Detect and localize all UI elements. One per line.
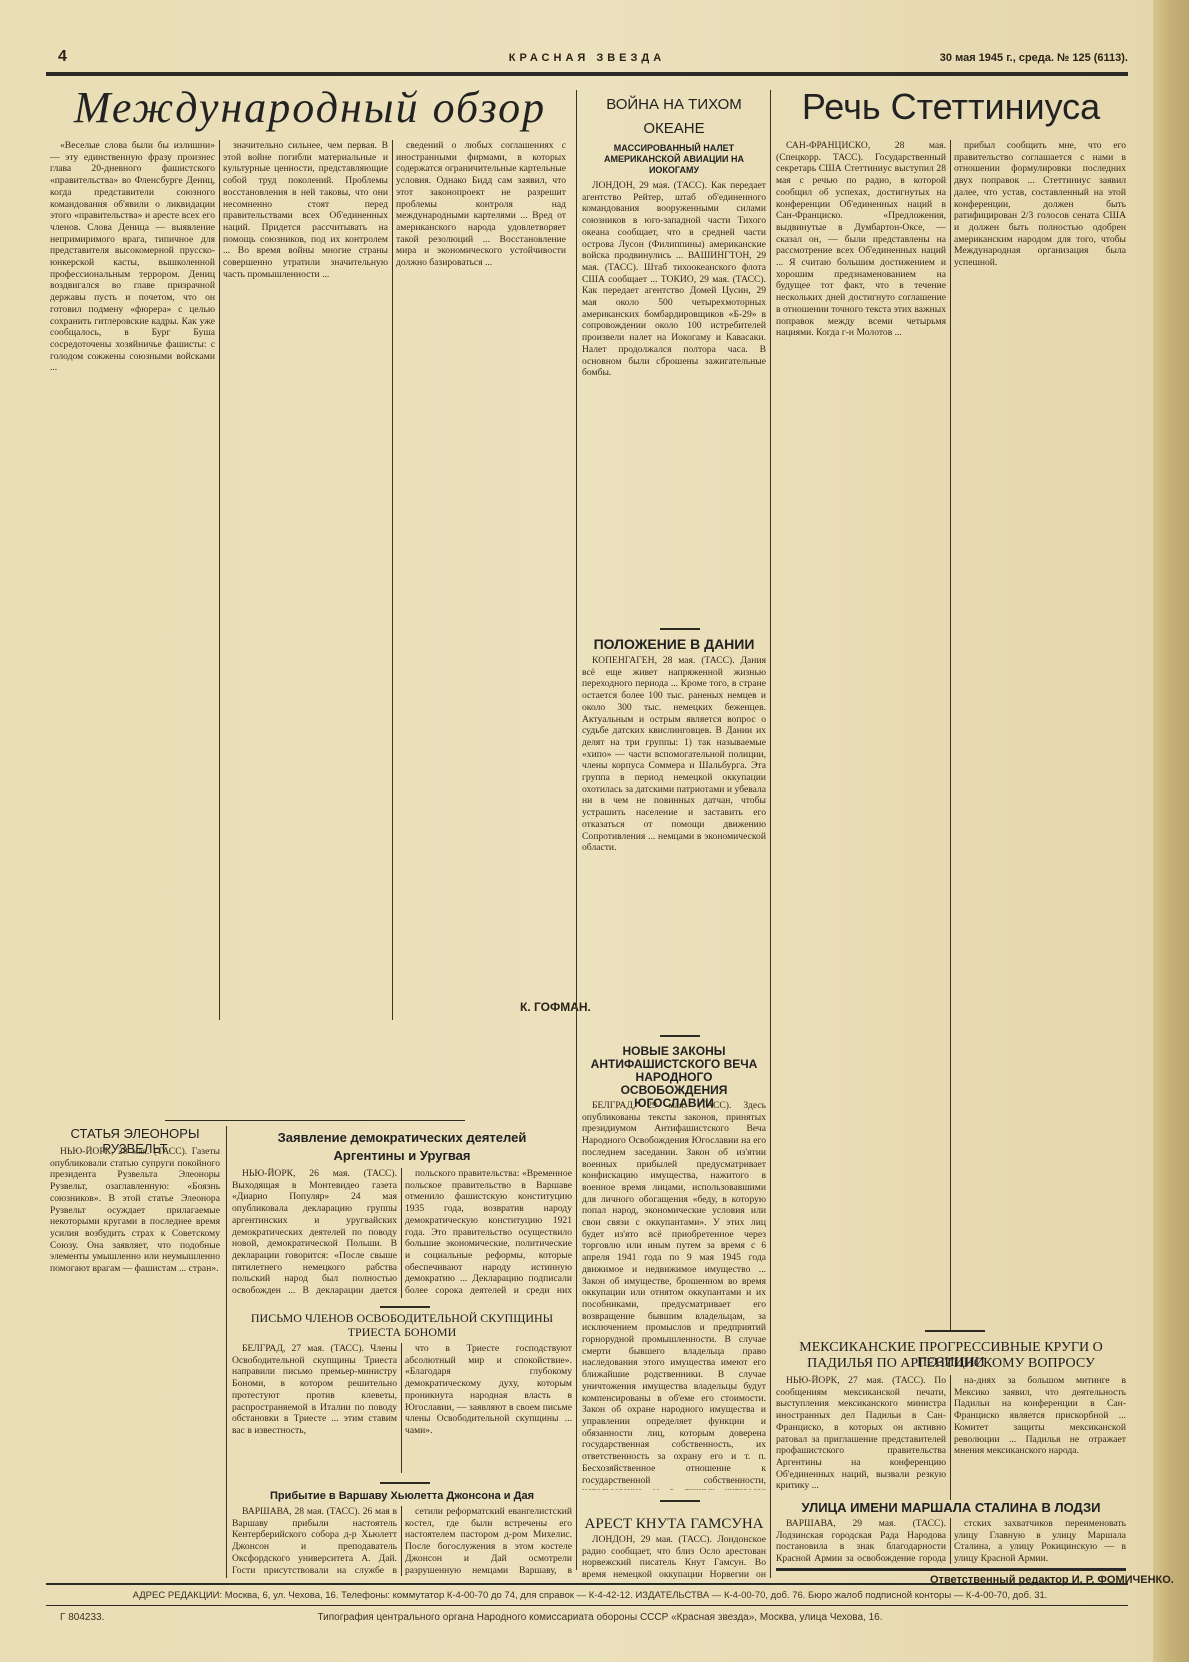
mexico-column-2: на-днях за большом митинге в Мексико зая… bbox=[954, 1375, 1126, 1500]
stalin-street-title: УЛИЦА ИМЕНИ МАРШАЛА СТАЛИНА В ЛОДЗИ bbox=[776, 1500, 1126, 1515]
hamsun-title: АРЕСТ КНУТА ГАМСУНА bbox=[582, 1516, 766, 1533]
masthead-rule bbox=[46, 72, 1128, 76]
trieste-column-1: БЕЛГРАД, 27 мая. (ТАСС). Члены Освободит… bbox=[232, 1343, 397, 1473]
footer-rule-top bbox=[46, 1583, 1128, 1585]
column-divider bbox=[950, 1375, 951, 1500]
trieste-title-line2: ТРИЕСТА БОНОМИ bbox=[232, 1326, 572, 1339]
masthead: 4 КРАСНАЯ ЗВЕЗДА 30 мая 1945 г., среда. … bbox=[46, 52, 1128, 72]
stettinius-column-2: прибыл сообщить мне, что его правительст… bbox=[954, 140, 1126, 1320]
column-divider bbox=[219, 140, 220, 1020]
column-divider bbox=[226, 1126, 227, 1578]
mexico-title-line2: ПАДИЛЬЯ ПО АРГЕНТИНСКОМУ ВОПРОСУ bbox=[776, 1356, 1126, 1371]
section-separator bbox=[165, 1120, 465, 1121]
denmark-body: КОПЕНГАГЕН, 28 мая. (ТАСС). Дания всё ещ… bbox=[582, 655, 766, 1030]
column-divider bbox=[950, 140, 951, 1330]
review-column-1: «Веселые слова были бы излишни» — эту ед… bbox=[50, 140, 215, 990]
pacific-title-line1: ВОЙНА НА ТИХОМ bbox=[582, 96, 766, 113]
column-divider bbox=[770, 90, 771, 1578]
column-divider bbox=[401, 1343, 402, 1473]
denmark-title: ПОЛОЖЕНИЕ В ДАНИИ bbox=[582, 636, 766, 652]
argentina-title-line1: Заявление демократических деятелей bbox=[232, 1130, 572, 1145]
section-separator bbox=[380, 1306, 430, 1308]
review-title: Международный обзор bbox=[50, 82, 570, 133]
stalin-street-column-2: стских захватчиков переименовать улицу Г… bbox=[954, 1518, 1126, 1566]
argentina-title-line2: Аргентины и Уругвая bbox=[232, 1148, 572, 1163]
argentina-column-2: польского правительства: «Временное поль… bbox=[405, 1168, 572, 1298]
yugoslavia-body: БЕЛГРАД, 29 мая. (ТАСС). Здесь опубликов… bbox=[582, 1100, 766, 1490]
column-divider bbox=[950, 1518, 951, 1564]
warsaw-arrival-title: Прибытие в Варшаву Хьюлетта Джонсона и Д… bbox=[232, 1490, 572, 1502]
review-column-2: значительно сильнее, чем первая. В этой … bbox=[223, 140, 388, 1020]
footer-rule-bottom bbox=[46, 1605, 1128, 1606]
roosevelt-body: НЬЮ-ЙОРК, 28 мая. (ТАСС). Газеты опублик… bbox=[50, 1146, 220, 1576]
argentina-column-1: НЬЮ-ЙОРК, 26 мая. (ТАСС). Выходящая в Мо… bbox=[232, 1168, 397, 1298]
pacific-subtitle: МАССИРОВАННЫЙ НАЛЕТ АМЕРИКАНСКОЙ АВИАЦИИ… bbox=[590, 143, 758, 176]
hamsun-body: ЛОНДОН, 29 мая. (ТАСС). Лондонское радио… bbox=[582, 1534, 766, 1582]
column-divider bbox=[401, 1168, 402, 1298]
stettinius-title: Речь Стеттиниуса bbox=[776, 86, 1126, 128]
column-divider bbox=[401, 1506, 402, 1576]
dateline: 30 мая 1945 г., среда. № 125 (6113). bbox=[940, 52, 1128, 64]
review-column-3: сведений о любых соглашениях с иностранн… bbox=[396, 140, 566, 990]
editorial-address: АДРЕС РЕДАКЦИИ: Москва, 6, ул. Чехова, 1… bbox=[60, 1590, 1120, 1601]
page-binding-edge bbox=[1153, 0, 1189, 1662]
section-separator bbox=[925, 1330, 985, 1332]
stettinius-column-1: САН-ФРАНЦИСКО, 28 мая. (Спецкорр. ТАСС).… bbox=[776, 140, 946, 1330]
printer-info: Типография центрального органа Народного… bbox=[200, 1612, 1000, 1623]
pacific-body: ЛОНДОН, 29 мая. (ТАСС). Как передает аге… bbox=[582, 180, 766, 620]
newspaper-page: 4 КРАСНАЯ ЗВЕЗДА 30 мая 1945 г., среда. … bbox=[0, 0, 1189, 1662]
column-divider bbox=[576, 90, 577, 1570]
trieste-title-line1: ПИСЬМО ЧЛЕНОВ ОСВОБОДИТЕЛЬНОЙ СКУПЩИНЫ bbox=[232, 1312, 572, 1325]
section-rule bbox=[776, 1568, 1126, 1571]
section-separator bbox=[660, 1035, 700, 1037]
order-code: Г 804233. bbox=[60, 1612, 104, 1623]
mexico-column-1: НЬЮ-ЙОРК, 27 мая. (ТАСС). По сообщениям … bbox=[776, 1375, 946, 1500]
review-signature: К. ГОФМАН. bbox=[520, 1000, 591, 1014]
warsaw-arrival-column-2: сетили реформатский евангелистский косте… bbox=[405, 1506, 572, 1576]
stalin-street-column-1: ВАРШАВА, 29 мая. (ТАСС). Лодзинская горо… bbox=[776, 1518, 946, 1566]
column-divider bbox=[392, 140, 393, 1020]
section-separator bbox=[660, 1500, 700, 1502]
trieste-column-2: что в Триесте господствуют абсолютный ми… bbox=[405, 1343, 572, 1473]
section-separator bbox=[660, 628, 700, 630]
warsaw-arrival-column-1: ВАРШАВА, 28 мая. (ТАСС). 26 мая в Варшав… bbox=[232, 1506, 397, 1576]
section-separator bbox=[380, 1482, 430, 1484]
pacific-title-line2: ОКЕАНЕ bbox=[582, 120, 766, 137]
